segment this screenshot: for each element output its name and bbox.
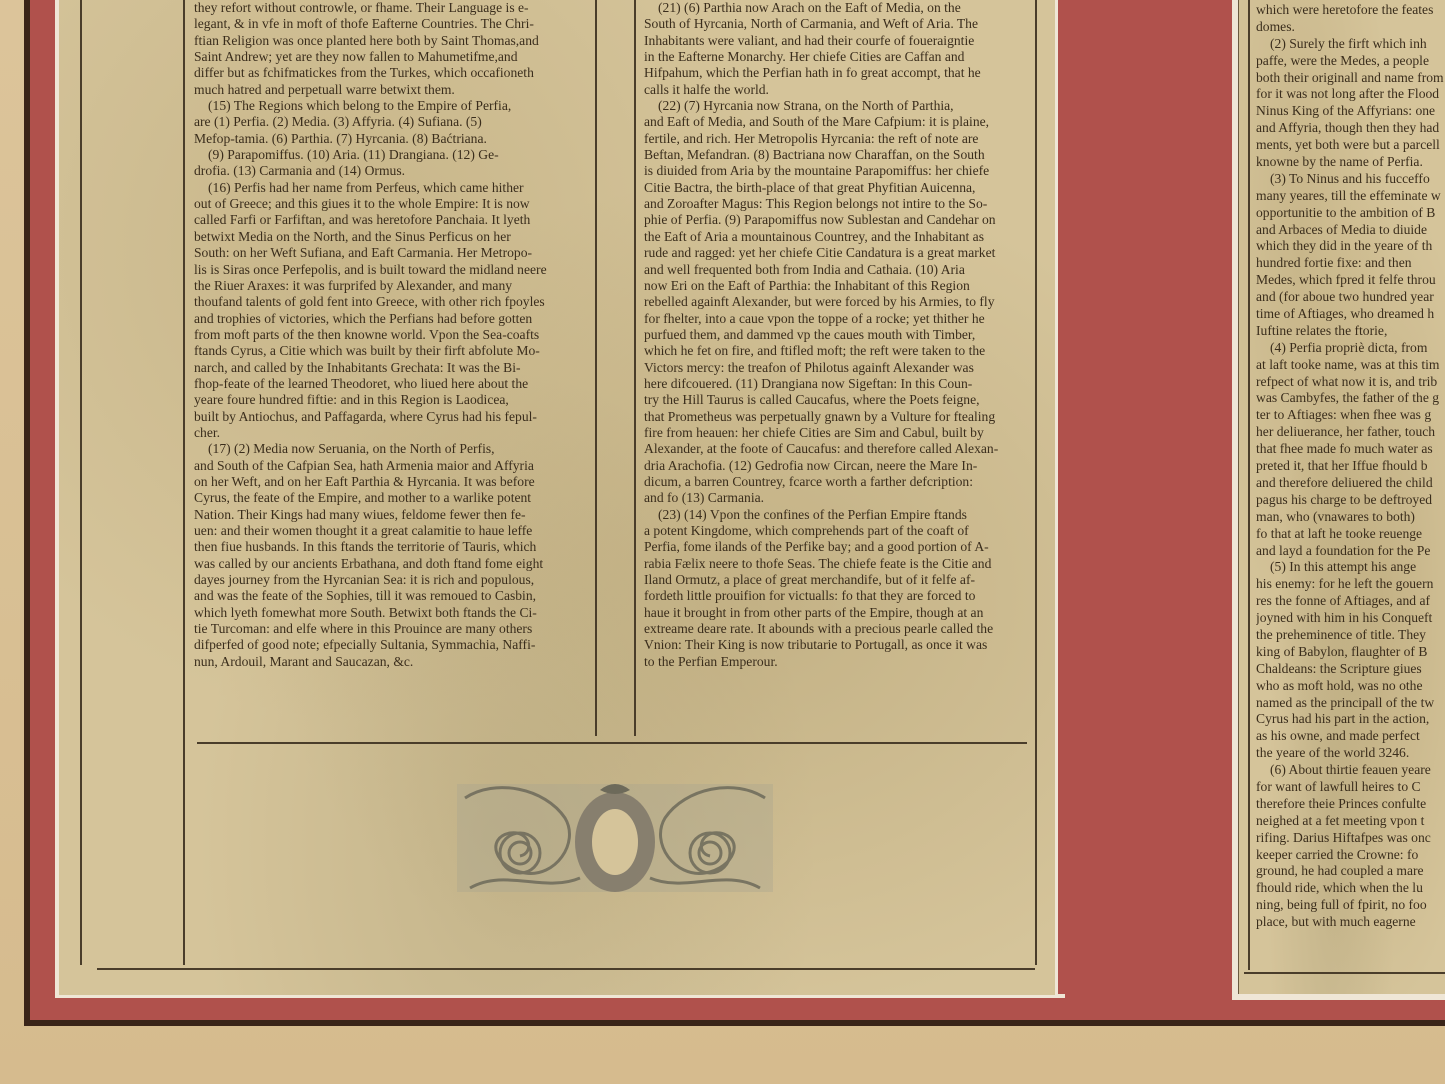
text-line: knowne by the name of Perfia. (1256, 154, 1445, 171)
right-page-bottom-rule (1244, 972, 1445, 974)
text-block-bottom-rule (197, 742, 1027, 744)
text-line: betwixt Media on the North, and the Sinu… (194, 229, 588, 245)
text-line: Alexander, at the foote of Caucafus: and… (644, 441, 1028, 457)
text-line: and Arbaces of Media to diuide (1256, 222, 1445, 239)
text-line: (15) The Regions which belong to the Emp… (194, 98, 588, 114)
text-line: who as moft hold, was no othe (1256, 678, 1445, 695)
text-line: (16) Perfis had her name from Perfeus, w… (194, 180, 588, 196)
text-line: fhop-feate of the learned Theodoret, who… (194, 376, 588, 392)
text-line: (3) To Ninus and his fucceffo (1256, 171, 1445, 188)
text-line: dria Arachofia. (12) Gedrofia now Circan… (644, 458, 1028, 474)
text-line: Cyrus, the feate of the Empire, and moth… (194, 490, 588, 506)
text-line: hundred fortie fixe: and then (1256, 255, 1445, 272)
text-line: nun, Ardouil, Marant and Saucazan, &c. (194, 654, 588, 670)
text-line: Victors mercy: the treafon of Philotus a… (644, 360, 1028, 376)
text-line: time of Aftiages, who dreamed h (1256, 306, 1445, 323)
text-line: then fiue husbands. In this ftands the t… (194, 539, 588, 555)
text-line: joyned with him in his Conqueft (1256, 610, 1445, 627)
text-line: phie of Perfia. (9) Parapomiffus now Sub… (644, 212, 1028, 228)
text-line: keeper carried the Crowne: fo (1256, 847, 1445, 864)
text-line: fertile, and rich. Her Metropolis Hyrcan… (644, 131, 1028, 147)
text-line: tie Turcoman: and elfe where in this Pro… (194, 621, 588, 637)
text-line: (5) In this attempt his ange (1256, 559, 1445, 576)
text-line: (21) (6) Parthia now Arach on the Eaft o… (644, 0, 1028, 16)
text-line: rude and ragged: yet her chiefe Citie Ca… (644, 245, 1028, 261)
right-page-column-rule (1248, 0, 1250, 970)
text-line: Saint Andrew; yet are they now fallen to… (194, 49, 588, 65)
text-line: Vnion: Their King is now tributarie to P… (644, 637, 1028, 653)
text-line: rebelled againft Alexander, but were for… (644, 294, 1028, 310)
text-line: which they did in the yeare of th (1256, 238, 1445, 255)
text-line: that fhee made fo much water as (1256, 441, 1445, 458)
text-line: place, but with much eagerne (1256, 914, 1445, 931)
text-line: Medes, which fpred it felfe throu (1256, 272, 1445, 289)
text-line: and Eaft of Media, and South of the Mare… (644, 114, 1028, 130)
text-line: a potent Kingdome, which comprehends par… (644, 523, 1028, 539)
text-line: built by Antiochus, and Paffagarda, wher… (194, 409, 588, 425)
text-line: (23) (14) Vpon the confines of the Perfi… (644, 507, 1028, 523)
text-line: Hifpahum, which the Perfian hath in fo g… (644, 65, 1028, 81)
text-line: cher. (194, 425, 588, 441)
text-line: try the Hill Taurus is called Caucafus, … (644, 392, 1028, 408)
text-line: king of Babylon, flaughter of B (1256, 644, 1445, 661)
text-line: differ but as fchifmatickes from the Tur… (194, 65, 588, 81)
text-line: here difcouered. (11) Drangiana now Sige… (644, 376, 1028, 392)
text-line: domes. (1256, 19, 1445, 36)
text-line: the yeare of the world 3246. (1256, 745, 1445, 762)
text-line: was called by our ancients Erbathana, an… (194, 556, 588, 572)
text-line: paffe, were the Medes, a people (1256, 53, 1445, 70)
text-line: was Cambyfes, the father of the g (1256, 390, 1445, 407)
text-line: neighed at a fet meeting vpon t (1256, 813, 1445, 830)
text-line: (17) (2) Media now Seruania, on the Nort… (194, 441, 588, 457)
text-line: Ninus King of the Affyrians: one (1256, 103, 1445, 120)
text-line: ground, he had coupled a mare (1256, 863, 1445, 880)
text-line: which lyeth fomewhat more South. Betwixt… (194, 605, 588, 621)
text-line: rifing. Darius Hiftafpes was onc (1256, 830, 1445, 847)
text-line: South: on her Weft Sufiana, and Eaft Car… (194, 245, 588, 261)
text-line: dicum, a barren Countrey, fcarce worth a… (644, 474, 1028, 490)
text-line: thoufand talents of gold fent into Greec… (194, 294, 588, 310)
text-line: ftian Religion was once planted here bot… (194, 33, 588, 49)
text-line: rabia Fælix neere to thofe Seas. The chi… (644, 556, 1028, 572)
text-line: Nation. Their Kings had many wiues, feld… (194, 507, 588, 523)
column-rule-margin (183, 0, 185, 965)
text-line: fire from heauen: her chiefe Cities are … (644, 425, 1028, 441)
text-line: and fo (13) Carmania. (644, 490, 1028, 506)
text-column-right-partial: which were heretofore the featesdomes.(2… (1256, 2, 1445, 931)
text-line: for it was not long after the Flood (1256, 86, 1445, 103)
text-line: extreame deare rate. It abounds with a p… (644, 621, 1028, 637)
text-line: refpect of what now it is, and trib (1256, 374, 1445, 391)
text-line: ments, yet both were but a parcell (1256, 137, 1445, 154)
text-line: res the fonne of Aftiages, and af (1256, 593, 1445, 610)
text-line: (4) Perfia propriè dicta, from (1256, 340, 1445, 357)
text-line: and South of the Cafpian Sea, hath Armen… (194, 458, 588, 474)
page-bottom-rule (97, 968, 1035, 970)
text-line: that Prometheus was perpetually gnawn by… (644, 409, 1028, 425)
text-column-left: they refort without controwle, or fhame.… (194, 0, 588, 670)
text-line: at laft tooke name, was at this tim (1256, 357, 1445, 374)
text-line: South of Hyrcania, North of Carmania, an… (644, 16, 1028, 32)
text-line: difperfed of good note; efpecially Sulta… (194, 637, 588, 653)
text-line: dayes journey from the Hyrcanian Sea: it… (194, 572, 588, 588)
text-line: Iuftine relates the ftorie, (1256, 323, 1445, 340)
text-line: Perfia, fome ilands of the Perfike bay; … (644, 539, 1028, 555)
text-line: named as the principall of the tw (1256, 695, 1445, 712)
text-line: out of Greece; and this giues it to the … (194, 196, 588, 212)
text-line: and (for aboue two hundred year (1256, 289, 1445, 306)
text-line: opportunitie to the ambition of B (1256, 205, 1445, 222)
text-line: and Zoroafter Magus: This Region belongs… (644, 196, 1028, 212)
text-line: as his owne, and made perfect (1256, 728, 1445, 745)
text-line: therefore theie Princes confulte (1256, 796, 1445, 813)
text-line: narch, and called by the Inhabitants Gre… (194, 360, 588, 376)
text-line: (6) About thirtie feauen yeare (1256, 762, 1445, 779)
text-line: for fhelter, into a caue vpon the toppe … (644, 311, 1028, 327)
text-line: Mefop-tamia. (6) Parthia. (7) Hyrcania. … (194, 131, 588, 147)
text-line: from moft parts of the then knowne world… (194, 327, 588, 343)
text-line: fhould ride, which when the lu (1256, 880, 1445, 897)
text-line: drofia. (13) Carmania and (14) Ormus. (194, 163, 588, 179)
text-line: (9) Parapomiffus. (10) Aria. (11) Drangi… (194, 147, 588, 163)
text-line: Iland Ormutz, a place of great merchandi… (644, 572, 1028, 588)
text-line: legant, & in vfe in moft of thofe Eafter… (194, 16, 588, 32)
text-column-middle: (21) (6) Parthia now Arach on the Eaft o… (644, 0, 1028, 670)
text-line: for want of lawfull heires to C (1256, 779, 1445, 796)
page-border-left (80, 0, 82, 965)
text-line: they refort without controwle, or fhame.… (194, 0, 588, 16)
text-line: pagus his charge to be deftroyed (1256, 492, 1445, 509)
column-rule-middle (595, 0, 597, 736)
text-line: both their originall and name from (1256, 70, 1445, 87)
antique-page-left: they refort without controwle, or fhame.… (59, 0, 1055, 995)
text-line: now Eri on the Eaft of Parthia: the Inha… (644, 278, 1028, 294)
text-line: the Riuer Araxes: it was furprifed by Al… (194, 278, 588, 294)
text-line: fordeth little prouifion for victualls: … (644, 588, 1028, 604)
text-line: and well frequented both from India and … (644, 262, 1028, 278)
text-line: Cyrus had his part in the action, (1256, 711, 1445, 728)
text-line: is diuided from Aria by the mountaine Pa… (644, 163, 1028, 179)
text-line: haue it brought in from other parts of t… (644, 605, 1028, 621)
text-line: lis is Siras once Perfepolis, and is bui… (194, 262, 588, 278)
right-page-border-left (1238, 0, 1239, 994)
text-line: Chaldeans: the Scripture giues (1256, 661, 1445, 678)
text-line: fo that at laft he tooke reuenge (1256, 526, 1445, 543)
text-line: called Farfi or Farfiftan, and was heret… (194, 212, 588, 228)
text-line: the Eaft of Aria a mountainous Countrey,… (644, 229, 1028, 245)
text-line: ftands Cyrus, a Citie which was built by… (194, 343, 588, 359)
text-line: her deliuerance, her father, touch (1256, 424, 1445, 441)
text-line: (2) Surely the firft which inh (1256, 36, 1445, 53)
woodcut-ornament-icon (455, 778, 775, 898)
text-line: much hatred and perpetuall warre betwixt… (194, 82, 588, 98)
text-line: to the Perfian Emperour. (644, 654, 1028, 670)
text-line: uen: and their women thought it a great … (194, 523, 588, 539)
text-line: his enemy: for he left the gouern (1256, 576, 1445, 593)
text-line: are (1) Perfia. (2) Media. (3) Affyria. … (194, 114, 588, 130)
text-line: calls it halfe the world. (644, 82, 1028, 98)
red-mat-divider (1058, 0, 1232, 994)
text-line: and layd a foundation for the Pe (1256, 543, 1445, 560)
text-line: many yeares, till the effeminate w (1256, 188, 1445, 205)
text-line: Citie Bactra, the birth-place of that gr… (644, 180, 1028, 196)
text-line: and Affyria, though then they had (1256, 120, 1445, 137)
text-line: on her Weft, and on her Eaft Parthia & H… (194, 474, 588, 490)
text-line: purfued them, and dammed vp the caues mo… (644, 327, 1028, 343)
text-line: ter to Aftiages: when fhee was g (1256, 407, 1445, 424)
text-line: and was the feate of the Sophies, till i… (194, 588, 588, 604)
page-border-right (1035, 0, 1037, 965)
text-line: (22) (7) Hyrcania now Strana, on the Nor… (644, 98, 1028, 114)
text-line: and trophies of victories, which the Per… (194, 311, 588, 327)
column-rule-gutter (634, 0, 636, 736)
text-line: Beftan, Mefandran. (8) Bactriana now Cha… (644, 147, 1028, 163)
text-line: man, who (vnawares to both) (1256, 509, 1445, 526)
text-line: preted it, that her Iffue fhould b (1256, 458, 1445, 475)
text-line: in the Eafterne Monarchy. Her chiefe Cit… (644, 49, 1028, 65)
antique-page-right: which were heretofore the featesdomes.(2… (1238, 0, 1445, 994)
text-line: which he fet on fire, and ftifled moft; … (644, 343, 1028, 359)
text-line: ning, being full of fpirit, no foo (1256, 897, 1445, 914)
text-line: yeare foure hundred fiftie: and in this … (194, 392, 588, 408)
text-line: and therefore deliuered the child (1256, 475, 1445, 492)
text-line: the preheminence of title. They (1256, 627, 1445, 644)
text-line: Inhabitants were valiant, and had their … (644, 33, 1028, 49)
text-line: which were heretofore the feates (1256, 2, 1445, 19)
